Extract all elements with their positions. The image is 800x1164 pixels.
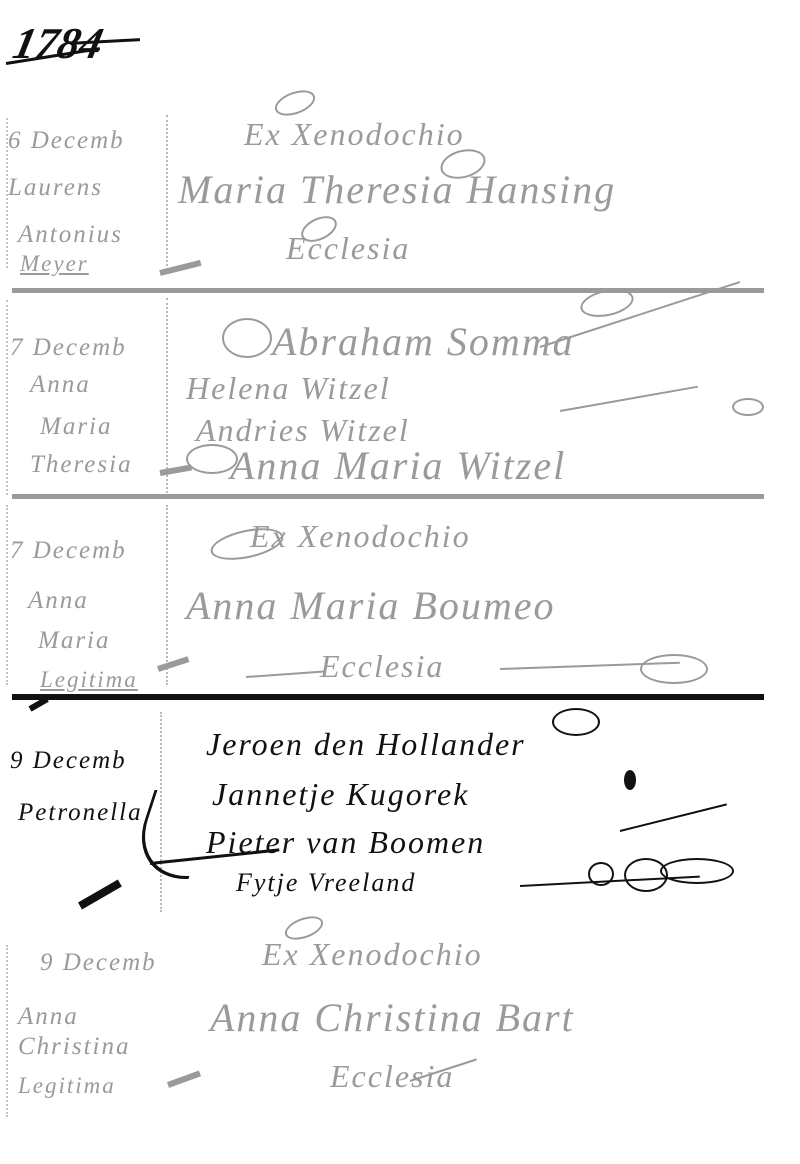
entry-5-origin: Ex Xenodochio xyxy=(262,938,483,970)
entry-1-child-name-3: Meyer xyxy=(20,252,89,275)
entry-1-child-name-1: Laurens xyxy=(8,175,103,200)
entry-5-child-name-2: Christina xyxy=(18,1034,130,1059)
entry-2-father: Abraham Somma xyxy=(272,322,575,362)
entry-5-child-name-3: Legitima xyxy=(18,1074,116,1097)
entry-2-godfather: Andries Witzel xyxy=(196,414,410,446)
margin-divider xyxy=(166,115,168,270)
entry-3-child-name-2: Maria xyxy=(38,628,111,653)
entry-3-mother: Anna Maria Boumeo xyxy=(186,586,556,626)
entry-1-mother: Maria Theresia Hansing xyxy=(178,170,616,210)
entry-4-godmother: Fytje Vreeland xyxy=(236,870,416,896)
entry-separator xyxy=(12,694,764,700)
ink-blot xyxy=(624,770,636,790)
decorative-loop xyxy=(552,708,600,736)
margin-divider xyxy=(166,298,168,493)
decorative-stroke xyxy=(620,803,727,832)
entry-3-date: 7 Decemb xyxy=(10,538,127,563)
entry-5-child-name-1: Anna xyxy=(18,1004,79,1029)
entry-2-date: 7 Decemb xyxy=(10,335,127,360)
entry-4-date: 9 Decemb xyxy=(10,748,127,773)
decorative-loop xyxy=(732,398,764,416)
decorative-loop xyxy=(640,654,708,684)
entry-separator xyxy=(12,288,764,293)
decorative-loop xyxy=(660,858,734,884)
entry-separator xyxy=(12,494,764,499)
margin-flourish xyxy=(167,1071,201,1088)
entry-2-godmother: Anna Maria Witzel xyxy=(230,446,566,486)
entry-4-mother: Jannetje Kugorek xyxy=(212,778,469,810)
entry-4-father: Jeroen den Hollander xyxy=(206,728,526,760)
decorative-stroke xyxy=(560,386,698,412)
margin-divider xyxy=(166,505,168,685)
entry-3-church: Ecclesia xyxy=(320,650,444,682)
decorative-loop xyxy=(588,862,614,886)
decorative-loop xyxy=(222,318,272,358)
entry-5-mother: Anna Christina Bart xyxy=(210,998,575,1038)
entry-3-child-name-3: Legitima xyxy=(40,668,138,691)
margin-flourish xyxy=(78,880,122,910)
entry-3-child-name-1: Anna xyxy=(28,588,89,613)
entry-5-date: 9 Decemb xyxy=(40,950,157,975)
entry-2-child-name-2: Maria xyxy=(40,414,113,439)
entry-4-child-name: Petronella xyxy=(18,800,143,825)
entry-2-child-name-1: Anna xyxy=(30,372,91,397)
entry-2-mother: Helena Witzel xyxy=(186,372,391,404)
entry-2-child-name-3: Theresia xyxy=(30,452,133,477)
entry-1-child-name-2: Antonius xyxy=(18,222,123,247)
entry-1-origin: Ex Xenodochio xyxy=(244,118,465,150)
register-page: 1784 6 Decemb Laurens Antonius Meyer Ex … xyxy=(0,0,800,1164)
entry-5-church: Ecclesia xyxy=(330,1060,454,1092)
decorative-loop xyxy=(208,523,286,566)
entry-1-date: 6 Decemb xyxy=(8,128,125,153)
decorative-stroke xyxy=(246,670,326,678)
